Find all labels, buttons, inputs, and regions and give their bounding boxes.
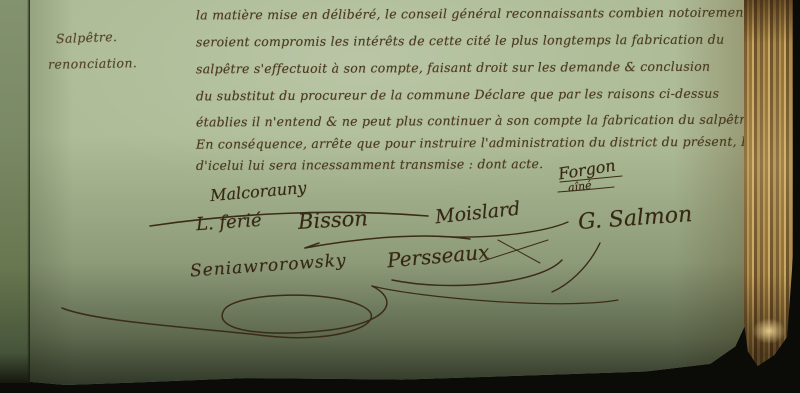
manuscript-line: salpêtre s'effectuoit à son compte, fais… xyxy=(196,59,710,77)
manuscript-line: d'icelui lui sera incessamment transmise… xyxy=(196,156,543,173)
book-page-stack-edge xyxy=(744,0,793,366)
signature-forgon-suffix: aîné xyxy=(567,179,592,195)
manuscript-line: du substitut du procureur de la commune … xyxy=(196,86,719,104)
manuscript-photo: Salpêtre. renonciation. la matière mise … xyxy=(0,0,800,393)
margin-note-renonciation: renonciation. xyxy=(48,55,137,72)
facing-page-edge xyxy=(0,0,30,383)
margin-note-salpetre: Salpêtre. xyxy=(56,29,118,46)
signature-salmon: G. Salmon xyxy=(577,202,693,235)
signature-seniawrorowsky: Seniawrorowsky xyxy=(189,251,347,282)
signature-bisson: Bisson xyxy=(297,206,368,234)
manuscript-line: la matière mise en délibéré, le conseil … xyxy=(196,5,749,23)
page-stack-highlight xyxy=(752,318,786,344)
signature-persseaux: Persseaux xyxy=(386,240,490,273)
manuscript-page: Salpêtre. renonciation. la matière mise … xyxy=(30,0,746,385)
manuscript-line: En conséquence, arrête que pour instruir… xyxy=(196,133,800,151)
manuscript-line: seroient compromis les intérêts de cette… xyxy=(196,32,724,50)
manuscript-line: établies il n'entend & ne peut plus cont… xyxy=(196,112,758,130)
signature-ferie: L. ferié xyxy=(195,210,262,236)
signature-moislard: Moislard xyxy=(434,198,521,229)
signature-malcorauny: Malcorauny xyxy=(209,178,307,205)
